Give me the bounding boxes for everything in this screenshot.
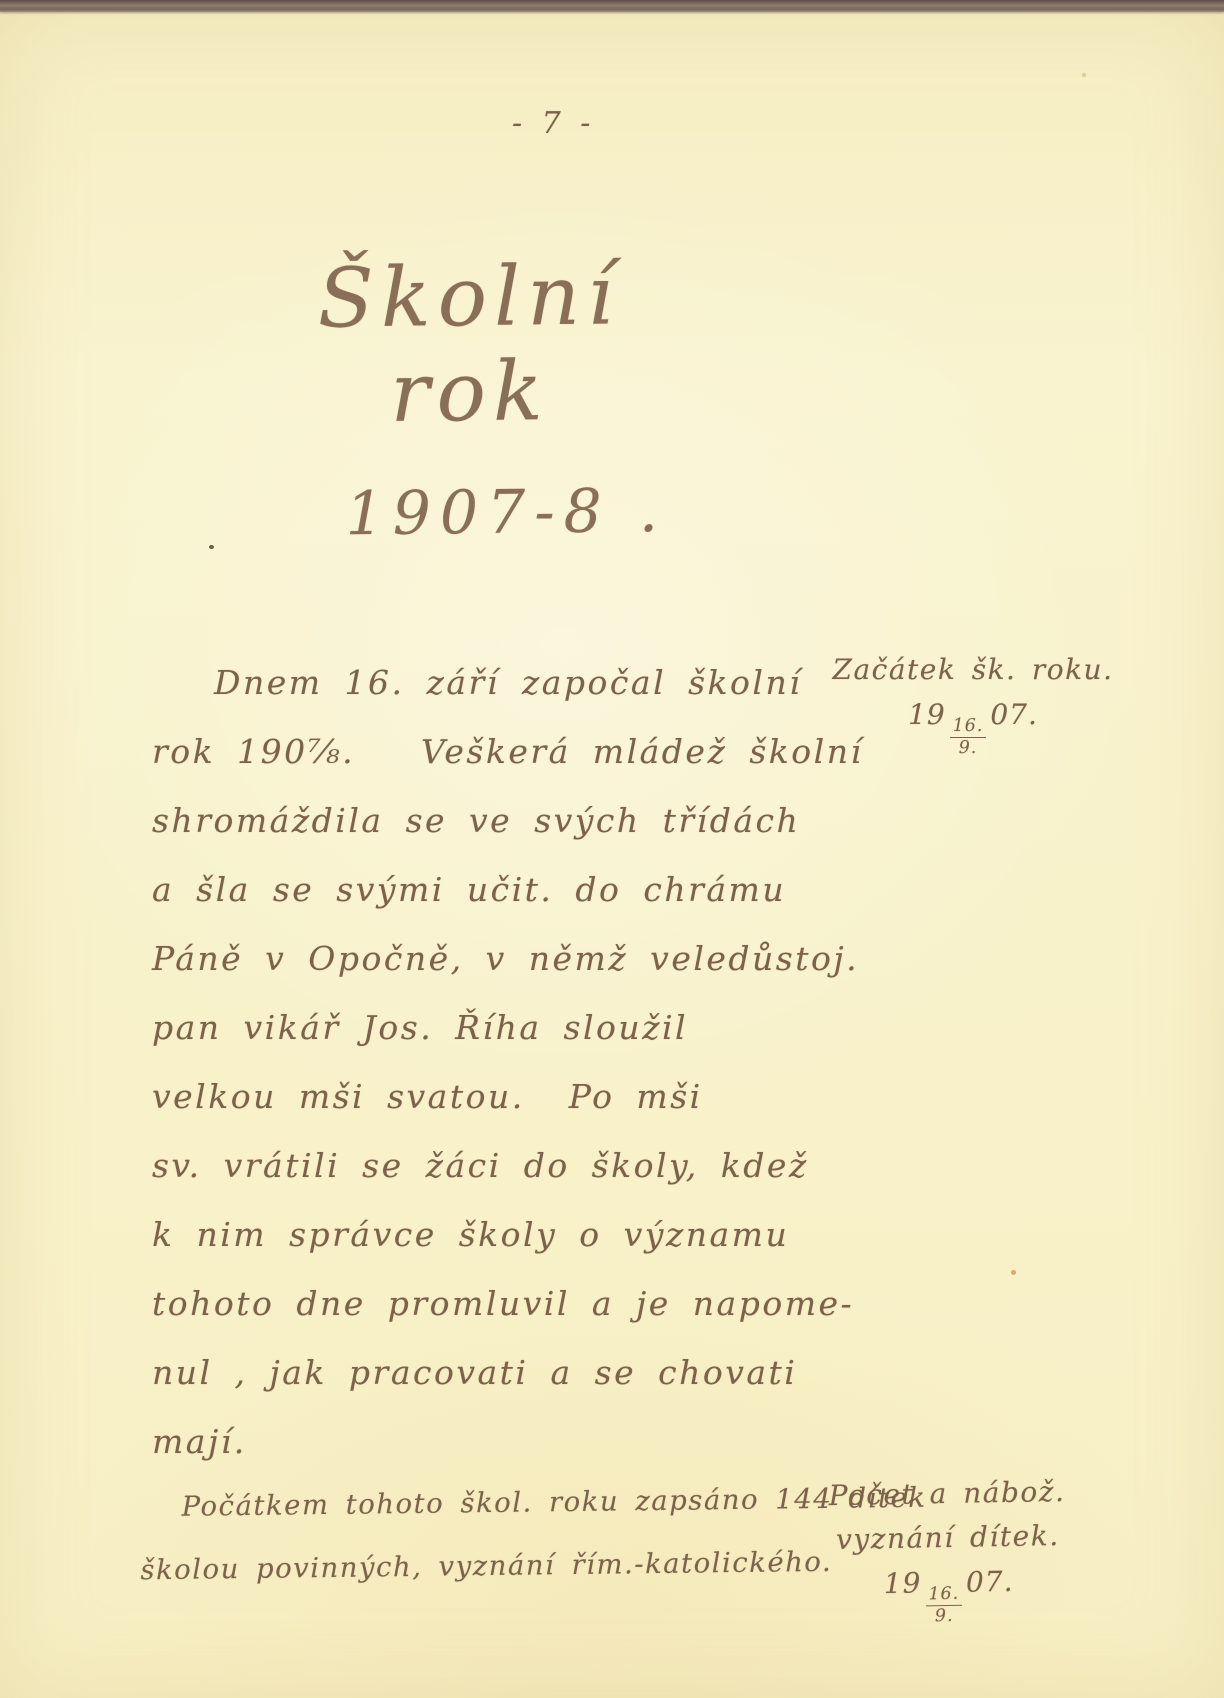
chapter-title-year: 1907-8 . xyxy=(241,476,702,551)
page-number: - 7 - xyxy=(512,106,595,141)
margin-note-label-line1: Počet a nábož. xyxy=(827,1470,1068,1518)
date-suffix: 07. xyxy=(990,698,1038,731)
text-line: a šla se svými učit. do chrámu xyxy=(152,855,842,924)
margin-note-count-and-religion: Počet a nábož. vyznání dítek. 1916.9.07. xyxy=(827,1470,1070,1627)
text-line: Páně v Opočně, v němž veledůstoj. xyxy=(152,924,842,993)
chapter-title: Školní rok xyxy=(238,248,700,443)
text-line: mají. xyxy=(152,1407,842,1476)
enrollment-paragraph: Počátkem tohoto škol. roku zapsáno 144 d… xyxy=(139,1468,840,1603)
text-line: Počátkem tohoto škol. roku zapsáno 144 d… xyxy=(139,1468,840,1540)
text-line: pan vikář Jos. Říha sloužil xyxy=(152,993,842,1062)
date-fraction: 16.9. xyxy=(925,1585,962,1625)
date-fraction: 16.9. xyxy=(950,717,987,756)
book-edge xyxy=(0,0,1224,12)
margin-note-label: Začátek šk. roku. xyxy=(828,648,1118,692)
date-fraction-numerator: 16. xyxy=(950,717,987,737)
ink-speck xyxy=(209,545,214,549)
date-fraction-denominator: 9. xyxy=(959,738,978,757)
margin-note-label-line2: vyznání dítek. xyxy=(827,1514,1068,1562)
date-prefix: 19 xyxy=(908,698,946,731)
text-line: shromáždila se ve svých třídách xyxy=(152,786,842,855)
scanned-chronicle-page: - 7 - Školní rok 1907-8 . Dnem 16. září … xyxy=(0,0,1224,1698)
date-fraction-numerator: 16. xyxy=(925,1585,962,1606)
text-line: školou povinných, vyznání řím.-katolické… xyxy=(140,1531,841,1603)
text-line: tohoto dne promluvil a je napome- xyxy=(152,1269,842,1338)
text-line: velkou mši svatou. Po mši xyxy=(152,1062,842,1131)
date-fraction-denominator: 9. xyxy=(935,1605,954,1625)
margin-note-school-year-start: Začátek šk. roku. 1916.9.07. xyxy=(828,648,1118,757)
text-line: rok 190⅞. Veškerá mládež školní xyxy=(152,717,842,786)
main-paragraph: Dnem 16. září započal školní rok 190⅞. V… xyxy=(152,648,842,1476)
margin-note-date: 1916.9.07. xyxy=(828,692,1118,757)
paper-stain-speck xyxy=(1011,1270,1016,1275)
chapter-title-block: Školní rok 1907-8 . xyxy=(238,248,701,551)
date-suffix: 07. xyxy=(966,1565,1014,1599)
text-line: k nim správce školy o významu xyxy=(152,1200,842,1269)
paper-stain-speck xyxy=(1082,73,1086,77)
text-line: nul , jak pracovati a se chovati xyxy=(152,1338,842,1407)
date-prefix: 19 xyxy=(883,1566,921,1600)
margin-note-date: 1916.9.07. xyxy=(828,1558,1069,1627)
text-line: Dnem 16. září započal školní xyxy=(152,648,842,717)
text-line: sv. vrátili se žáci do školy, kdež xyxy=(152,1131,842,1200)
